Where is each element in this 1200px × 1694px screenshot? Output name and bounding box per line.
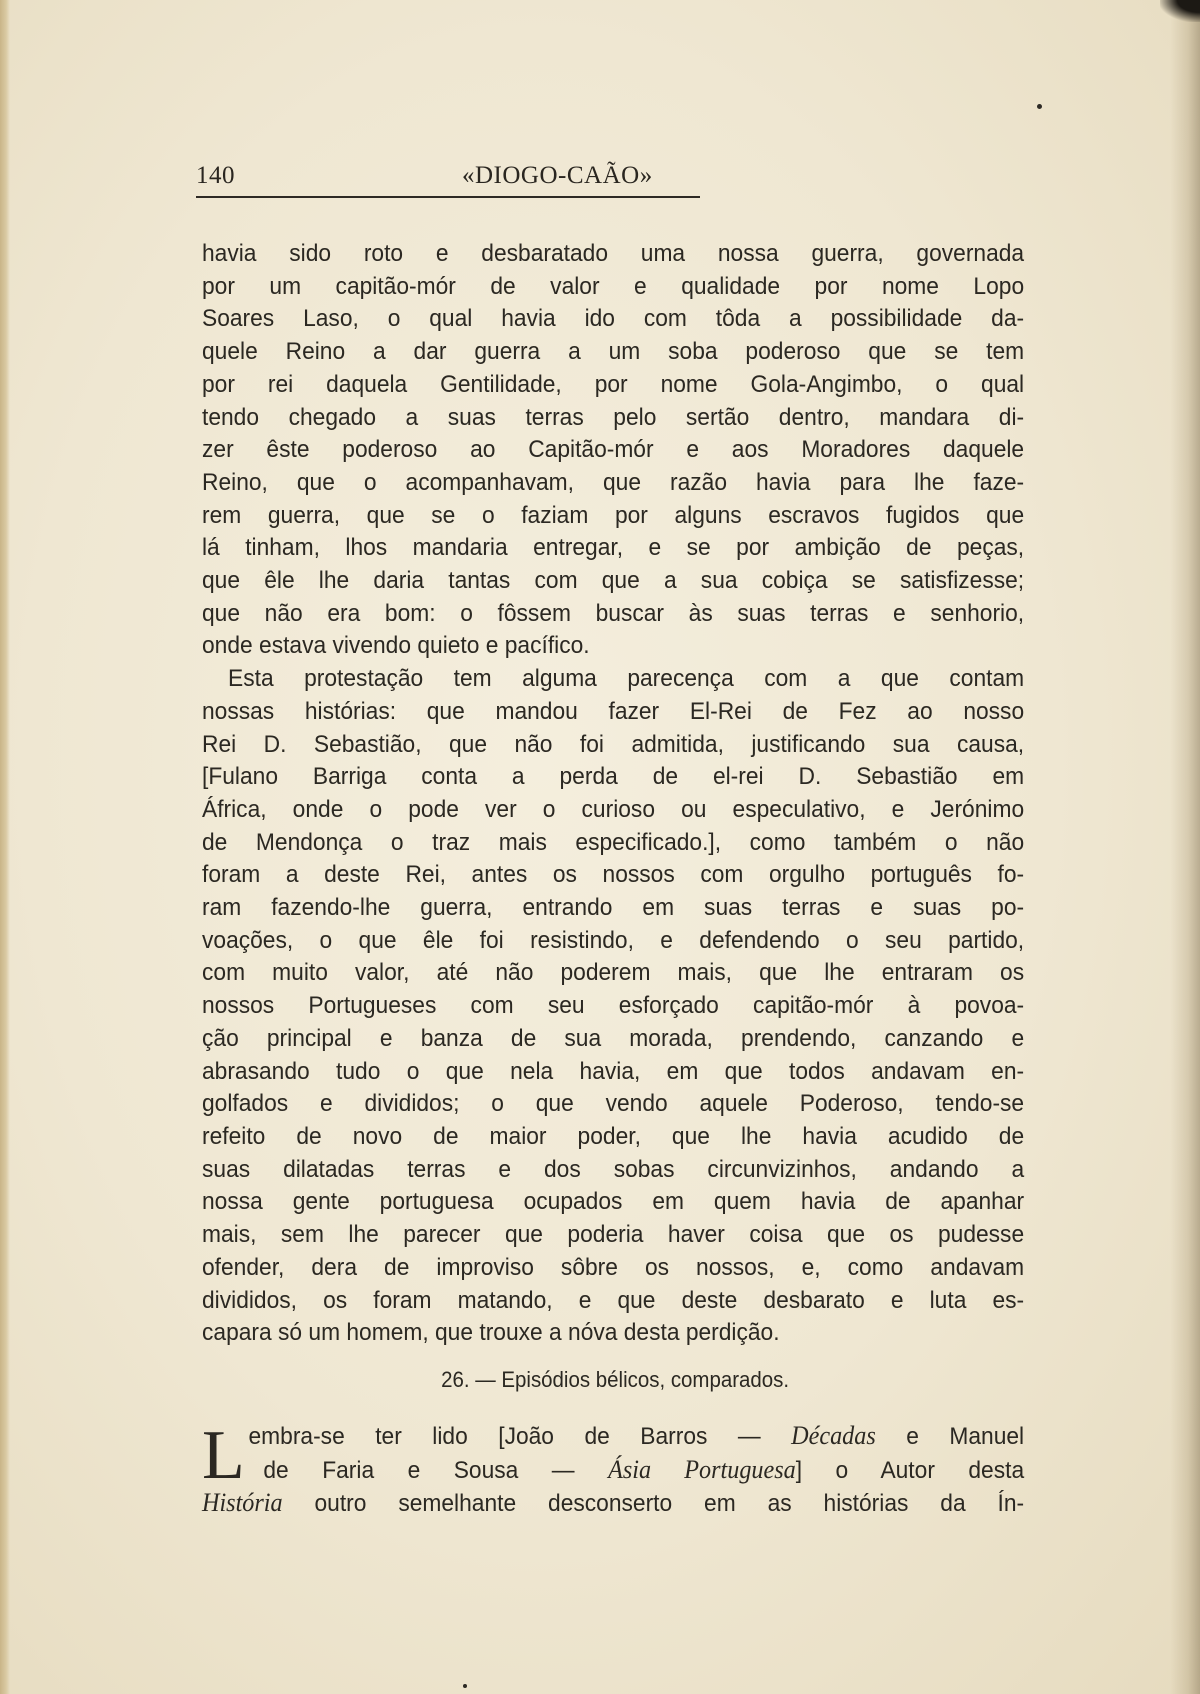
page-right-edge-shadow (1170, 0, 1200, 1694)
text-line: tendo chegado a suas terras pelo sertão … (202, 402, 1024, 435)
text-line: capara só um homem, que trouxe a nóva de… (202, 1317, 1024, 1350)
text-line: que não era bom: o fôssem buscar às suas… (202, 598, 1024, 631)
text-line: lá tinham, lhos mandaria entregar, e se … (202, 532, 1024, 565)
page-left-edge (0, 0, 10, 1694)
text-line: voações, o que êle foi resistindo, e def… (202, 925, 1024, 958)
running-header: 140 «DIOGO-CAÃO» (196, 160, 700, 196)
text-line: refeito de novo de maior poder, que lhe … (202, 1121, 1024, 1154)
text-line: embra-se ter lido [João de Barros — Déca… (202, 1420, 1024, 1454)
text-line: História outro semelhante desconserto em… (202, 1487, 1024, 1521)
text-span: outro semelhante desconserto em as histó… (283, 1490, 1025, 1517)
paragraph-start-line: Esta protestação tem alguma parecença co… (202, 663, 1024, 696)
text-line: por rei daquela Gentilidade, por nome Go… (202, 369, 1024, 402)
text-line: foram a deste Rei, antes os nossos com o… (202, 859, 1024, 892)
text-line: Reino, que o acompanhavam, que razão hav… (202, 467, 1024, 500)
text-line: ofender, dera de improviso sôbre os noss… (202, 1252, 1024, 1285)
body-text: havia sido roto e desbaratado uma nossa … (202, 238, 966, 1350)
section-heading-text: 26. — Episódios bélicos, comparados. (441, 1367, 789, 1393)
text-line: África, onde o pode ver o curioso ou esp… (202, 794, 1024, 827)
text-line: nossa gente portuguesa ocupados em quem … (202, 1186, 1024, 1219)
text-line: zer êste poderoso ao Capitão-mór e aos M… (202, 434, 1024, 467)
text-line: ram fazendo-lhe guerra, entrando em suas… (202, 892, 1024, 925)
paper-speck (463, 1684, 467, 1688)
header-rule (196, 196, 700, 198)
paper-speck (1037, 104, 1042, 109)
text-line: com muito valor, até não poderem mais, q… (202, 957, 1024, 990)
text-line: suas dilatadas terras e dos sobas circun… (202, 1154, 1024, 1187)
text-line: de Faria e Sousa — Ásia Portuguesa] o Au… (202, 1454, 1024, 1488)
text-line: abrasando tudo o que nela havia, em que … (202, 1056, 1024, 1089)
text-line: Rei D. Sebastião, que não foi admitida, … (202, 729, 1024, 762)
text-span: embra-se ter lido [João de Barros — (249, 1423, 792, 1450)
page-number: 140 (196, 162, 235, 190)
text-line: divididos, os foram matando, e que deste… (202, 1285, 1024, 1318)
section-heading: 26. — Episódios bélicos, comparados. (0, 1367, 1200, 1393)
text-line: que êle lhe daria tantas com que a sua c… (202, 565, 1024, 598)
text-line: quele Reino a dar guerra a um soba poder… (202, 336, 1024, 369)
running-title: «DIOGO-CAÃO» (462, 162, 653, 190)
text-line: golfados e divididos; o que vendo aquele… (202, 1088, 1024, 1121)
text-line: mais, sem lhe parecer que poderia haver … (202, 1219, 1024, 1252)
section-paragraph: L embra-se ter lido [João de Barros — Dé… (202, 1420, 1024, 1521)
text-line: [Fulano Barriga conta a perda de el-rei … (202, 761, 1024, 794)
text-line: nossos Portugueses com seu esforçado cap… (202, 990, 1024, 1023)
text-line: rem guerra, que se o faziam por alguns e… (202, 500, 1024, 533)
text-line: ção principal e banza de sua morada, pre… (202, 1023, 1024, 1056)
text-span: e Manuel (876, 1423, 1024, 1450)
text-line: havia sido roto e desbaratado uma nossa … (202, 238, 1024, 271)
italic-title: Décadas (791, 1421, 876, 1450)
text-span: de Faria e Sousa — (263, 1457, 608, 1484)
text-line: onde estava vivendo quieto e pacífico. (202, 630, 1024, 663)
text-line: nossas histórias: que mandou fazer El-Re… (202, 696, 1024, 729)
book-page: 140 «DIOGO-CAÃO» havia sido roto e desba… (0, 0, 1200, 1694)
text-line: de Mendonça o traz mais especificado.], … (202, 827, 1024, 860)
italic-title: História (202, 1488, 283, 1517)
italic-title: Ásia Portuguesa (608, 1455, 796, 1484)
text-span: ] o Autor desta (796, 1457, 1024, 1484)
text-line: por um capitão-mór de valor e qualidade … (202, 271, 1024, 304)
page-corner-shadow (1160, 0, 1200, 22)
text-line: Soares Laso, o qual havia ido com tôda a… (202, 303, 1024, 336)
